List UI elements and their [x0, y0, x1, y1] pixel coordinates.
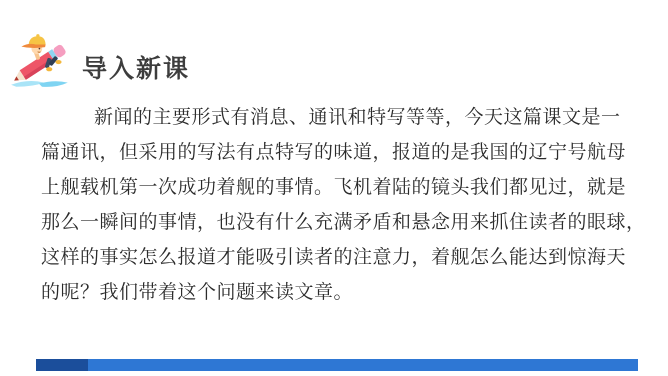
boy-riding-pencil-icon [8, 30, 76, 92]
intro-line: 那么一瞬间的事情，也没有什么充满矛盾和悬念用来抓住读者的眼球， [41, 205, 633, 240]
footer-bar-dark-segment [36, 359, 88, 371]
page-title: 导入新课 [82, 57, 190, 82]
intro-line: 的呢？我们带着这个问题来读文章。 [41, 275, 633, 310]
intro-paragraph: 新闻的主要形式有消息、通讯和特写等等，今天这篇课文是一 篇通讯，但采用的写法有点… [41, 100, 633, 310]
presentation-slide: 导入新课 新闻的主要形式有消息、通讯和特写等等，今天这篇课文是一 篇通讯，但采用… [0, 0, 668, 376]
intro-line: 新闻的主要形式有消息、通讯和特写等等，今天这篇课文是一 [41, 100, 633, 135]
footer-accent-bar [36, 359, 638, 371]
intro-line: 篇通讯，但采用的写法有点特写的味道，报道的是我国的辽宁号航母 [41, 135, 633, 170]
intro-line: 上舰载机第一次成功着舰的事情。飞机着陆的镜头我们都见过，就是 [41, 170, 633, 205]
intro-line: 这样的事实怎么报道才能吸引读者的注意力，着舰怎么能达到惊海天 [41, 240, 633, 275]
slide-header: 导入新课 [8, 30, 190, 92]
footer-bar-light-segment [88, 359, 638, 371]
